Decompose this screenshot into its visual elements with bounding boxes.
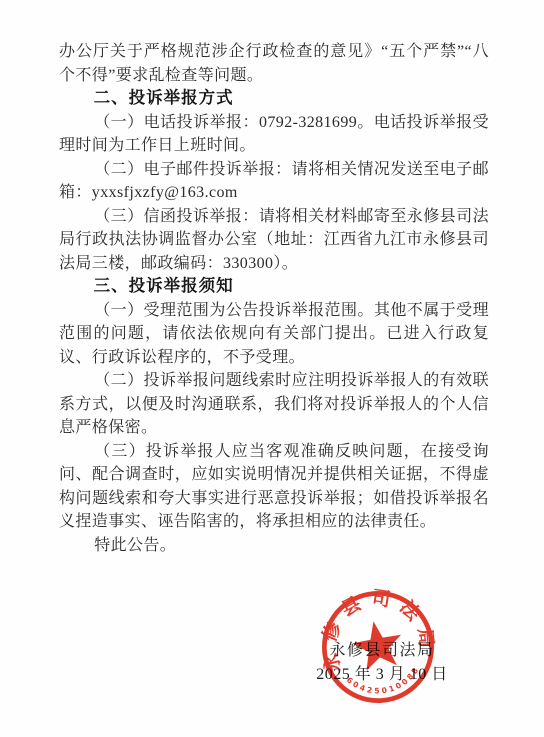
section3-item-contact: （二）投诉举报问题线索时应注明投诉举报人的有效联系方式，以便及时沟通联系，我们将… [59,369,489,440]
paragraph-continuation: 办公厅关于严格规范涉企行政检查的意见》“五个严禁”“八个不得”要求乱检查等问题。 [59,40,489,87]
section3-item-scope: （一）受理范围为公告投诉举报范围。其他不属于受理范围的问题，请依法依规向有关部门… [59,299,489,370]
section2-item-mail: （三）信函投诉举报：请将相关材料邮寄至永修县司法局行政执法协调监督办公室（地址：… [59,205,489,276]
closing-line: 特此公告。 [59,534,489,558]
section2-heading: 二、投诉举报方式 [59,87,489,111]
signature-block: 永修县司法局 2025 年 3 月 10 日 [294,641,470,685]
section3-heading: 三、投诉举报须知 [59,275,489,299]
section2-item-phone: （一）电话投诉举报：0792-3281699。电话投诉举报受理时间为工作日上班时… [59,111,489,158]
signature-issuer: 永修县司法局 [294,641,470,661]
section3-item-truthful: （三）投诉举报人应当客观准确反映问题，在接受询问、配合调查时，应如实说明情况并提… [59,440,489,534]
signature-date: 2025 年 3 月 10 日 [294,665,470,685]
announcement-page: 办公厅关于严格规范涉企行政检查的意见》“五个严禁”“八个不得”要求乱检查等问题。… [0,0,544,737]
document-body: 办公厅关于严格规范涉企行政检查的意见》“五个严禁”“八个不得”要求乱检查等问题。… [59,40,489,557]
section2-item-email: （二）电子邮件投诉举报：请将相关情况发送至电子邮箱：yxxsfjxzfy@163… [59,158,489,205]
